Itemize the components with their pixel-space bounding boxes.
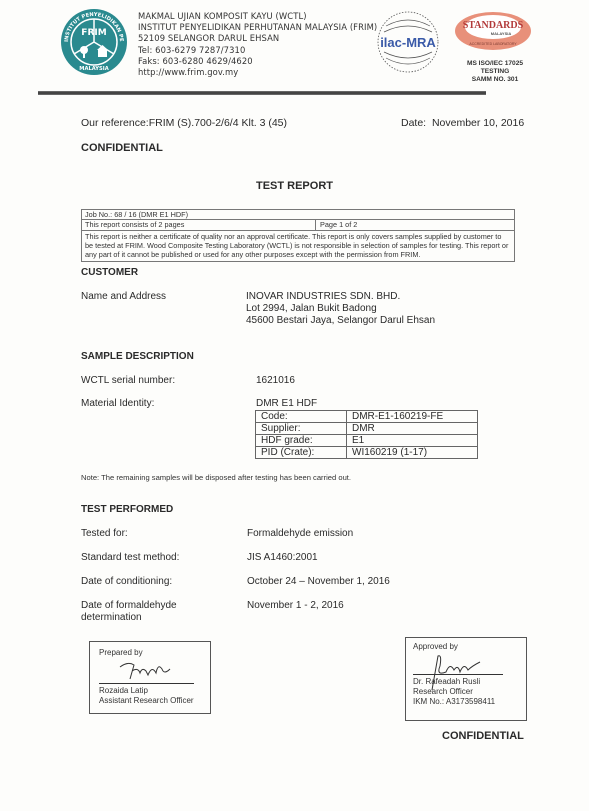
accreditation-type: TESTING xyxy=(455,68,535,76)
table-key: Supplier: xyxy=(256,423,347,435)
accreditation-text: MS ISO/IEC 17025 TESTING SAMM NO. 301 xyxy=(455,60,535,84)
table-row: Supplier:DMR xyxy=(256,423,478,435)
pages-row: This report consists of 2 pages Page 1 o… xyxy=(82,220,514,230)
header-line: MAKMAL UJIAN KOMPOSIT KAYU (WCTL) xyxy=(138,11,377,22)
header-line: 52109 SELANGOR DARUL EHSAN xyxy=(138,33,377,44)
table-value: DMR xyxy=(347,423,478,435)
accreditation-number: SAMM NO. 301 xyxy=(455,76,535,84)
page-title: TEST REPORT xyxy=(0,180,589,192)
test-value: November 1 - 2, 2016 xyxy=(247,600,344,612)
preparer-name: Rozaida Latip xyxy=(99,686,148,696)
table-row: Code:DMR-E1-160219-FE xyxy=(256,411,478,423)
test-label: Standard test method: xyxy=(81,552,179,563)
header-line: Faks: 603-6280 4629/4620 xyxy=(138,56,377,67)
table-value: WI160219 (1-17) xyxy=(347,447,478,459)
svg-text:ACCREDITED LABORATORY: ACCREDITED LABORATORY xyxy=(469,42,517,46)
table-value: DMR-E1-160219-FE xyxy=(347,411,478,423)
serial-label: WCTL serial number: xyxy=(81,375,175,386)
customer-label: Name and Address xyxy=(81,291,166,302)
reference: Our reference:FRIM (S).700-2/6/4 Klt. 3 … xyxy=(81,117,287,129)
address-line: Lot 2994, Jalan Bukit Badong xyxy=(246,303,435,315)
approved-by-box: Approved by Dr. Rafeadah Rusli Research … xyxy=(405,637,527,721)
confidential-footer: CONFIDENTIAL xyxy=(442,730,524,742)
job-number: Job No.: 68 / 16 (DMR E1 HDF) xyxy=(85,210,188,219)
reference-value: FRIM (S).700-2/6/4 Klt. 3 (45) xyxy=(149,117,287,129)
standards-malaysia-logo: STANDARDS MALAYSIA ACCREDITED LABORATORY xyxy=(453,10,533,50)
table-key: HDF grade: xyxy=(256,435,347,447)
institution-header: MAKMAL UJIAN KOMPOSIT KAYU (WCTL) INSTIT… xyxy=(138,11,377,78)
test-heading: TEST PERFORMED xyxy=(81,504,173,515)
accreditation-standard: MS ISO/IEC 17025 xyxy=(455,60,535,68)
table-key: PID (Crate): xyxy=(256,447,347,459)
svg-text:ilac-MRA: ilac-MRA xyxy=(380,35,436,50)
address-line: 45600 Bestari Jaya, Selangor Darul Ehsan xyxy=(246,315,435,327)
material-value: DMR E1 HDF xyxy=(256,398,317,410)
customer-name: INOVAR INDUSTRIES SDN. BHD. xyxy=(246,291,435,303)
prepared-label: Prepared by xyxy=(99,648,143,658)
disposal-note: Note: The remaining samples will be disp… xyxy=(81,473,351,482)
confidential-label: CONFIDENTIAL xyxy=(81,142,163,154)
svg-text:MALAYSIA: MALAYSIA xyxy=(79,66,108,72)
signature-icon xyxy=(118,659,178,681)
job-info-box: Job No.: 68 / 16 (DMR E1 HDF) This repor… xyxy=(81,209,515,262)
material-label: Material Identity: xyxy=(81,398,154,409)
test-label: Date of formaldehyde determination xyxy=(81,600,201,624)
date-label: Date: xyxy=(401,117,426,129)
job-number-row: Job No.: 68 / 16 (DMR E1 HDF) xyxy=(82,210,514,220)
approved-label: Approved by xyxy=(413,642,458,652)
svg-text:STANDARDS: STANDARDS xyxy=(463,20,524,31)
approver-ikm-number: IKM No.: A3173598411 xyxy=(413,697,495,707)
test-label: Tested for: xyxy=(81,528,128,539)
header-line: INSTITUT PENYELIDIKAN PERHUTANAN MALAYSI… xyxy=(138,22,377,33)
test-value: October 24 – November 1, 2016 xyxy=(247,576,390,588)
material-table: Code:DMR-E1-160219-FE Supplier:DMR HDF g… xyxy=(255,410,478,459)
table-row: HDF grade:E1 xyxy=(256,435,478,447)
customer-heading: CUSTOMER xyxy=(81,267,138,278)
table-row: PID (Crate):WI160219 (1-17) xyxy=(256,447,478,459)
prepared-by-box: Prepared by Rozaida Latip Assistant Rese… xyxy=(89,641,211,714)
test-value: JIS A1460:2001 xyxy=(247,552,318,564)
header-divider xyxy=(38,91,486,95)
header-line: Tel: 603-6279 7287/7310 xyxy=(138,45,377,56)
serial-value: 1621016 xyxy=(256,375,295,387)
approver-title: Research Officer xyxy=(413,687,473,697)
svg-text:FRIM: FRIM xyxy=(81,28,106,38)
test-value: Formaldehyde emission xyxy=(247,528,353,540)
customer-address: INOVAR INDUSTRIES SDN. BHD. Lot 2994, Ja… xyxy=(246,291,435,327)
svg-text:MALAYSIA: MALAYSIA xyxy=(491,31,512,36)
page-count: This report consists of 2 pages xyxy=(82,220,316,229)
report-date: Date: November 10, 2016 xyxy=(401,117,524,129)
page-indicator: Page 1 of 2 xyxy=(316,220,357,229)
approver-name: Dr. Rafeadah Rusli xyxy=(413,677,480,687)
table-value: E1 xyxy=(347,435,478,447)
sample-heading: SAMPLE DESCRIPTION xyxy=(81,351,194,362)
frim-logo: FRIM INSTITUT PENYELIDIKAN PERHUTANAN MA… xyxy=(60,8,128,76)
test-label: Date of conditioning: xyxy=(81,576,172,587)
ilac-mra-logo: ilac-MRA xyxy=(376,10,440,74)
reference-label: Our reference: xyxy=(81,117,149,129)
date-value: November 10, 2016 xyxy=(432,117,524,129)
website-link[interactable]: http://www.frim.gov.my xyxy=(138,67,377,78)
table-key: Code: xyxy=(256,411,347,423)
preparer-title: Assistant Research Officer xyxy=(99,696,194,706)
disclaimer: This report is neither a certificate of … xyxy=(82,231,514,262)
